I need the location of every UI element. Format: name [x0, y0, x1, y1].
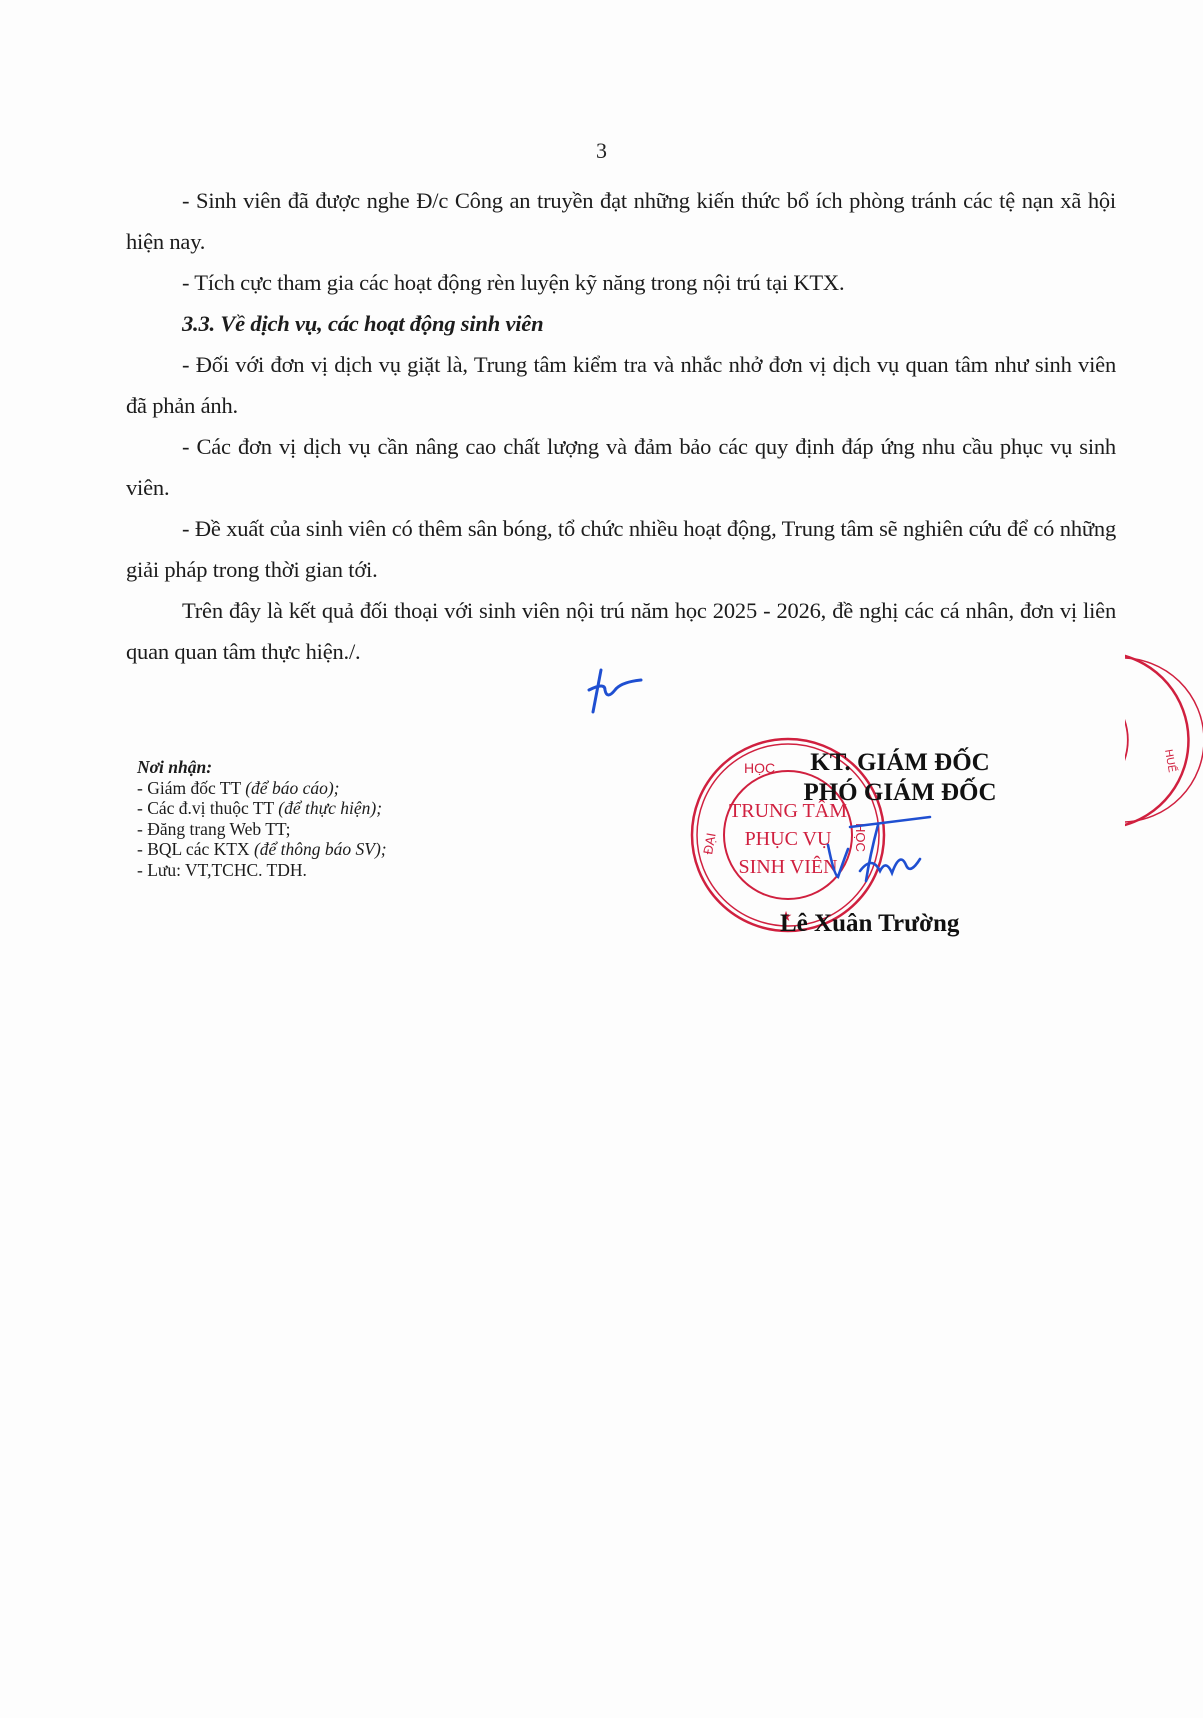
recipient-item: - Các đ.vị thuộc TT (để thực hiện);: [137, 798, 387, 819]
recipient-item: - Giám đốc TT (để báo cáo);: [137, 778, 387, 799]
svg-text:ĐẠI: ĐẠI: [700, 832, 719, 856]
section-heading-services: 3.3. Về dịch vụ, các hoạt động sinh viên: [126, 303, 1116, 344]
paragraph-laundry-service: - Đối với đơn vị dịch vụ giặt là, Trung …: [126, 344, 1116, 426]
edge-stamp: HUẾ: [1125, 650, 1203, 830]
paragraph-police-knowledge: - Sinh viên đã được nghe Đ/c Công an tru…: [126, 180, 1116, 262]
signature-title-block: KT. GIÁM ĐỐC PHÓ GIÁM ĐỐC: [740, 748, 1060, 808]
paragraph-skills-activities: - Tích cực tham gia các hoạt động rèn lu…: [126, 262, 1116, 303]
paragraph-service-quality: - Các đơn vị dịch vụ cần nâng cao chất l…: [126, 426, 1116, 508]
initial-signature: [585, 660, 645, 720]
recipient-item: - Đăng trang Web TT;: [137, 819, 387, 840]
page-number: 3: [0, 138, 1203, 164]
recipients-list: Nơi nhận: - Giám đốc TT (để báo cáo); - …: [137, 757, 387, 880]
recipient-item: - BQL các KTX (để thông báo SV);: [137, 839, 387, 860]
signature-line-1: KT. GIÁM ĐỐC: [740, 748, 1060, 778]
svg-text:HUẾ: HUẾ: [1162, 748, 1179, 773]
handwritten-signature: [820, 815, 940, 895]
recipients-title: Nơi nhận:: [137, 757, 387, 778]
paragraph-proposal-field: - Đề xuất của sinh viên có thêm sân bóng…: [126, 508, 1116, 590]
signature-line-2: PHÓ GIÁM ĐỐC: [740, 778, 1060, 808]
signer-name: Lê Xuân Trường: [780, 910, 959, 938]
svg-text:PHỤC VỤ: PHỤC VỤ: [745, 828, 832, 850]
recipient-item: - Lưu: VT,TCHC. TDH.: [137, 860, 387, 881]
